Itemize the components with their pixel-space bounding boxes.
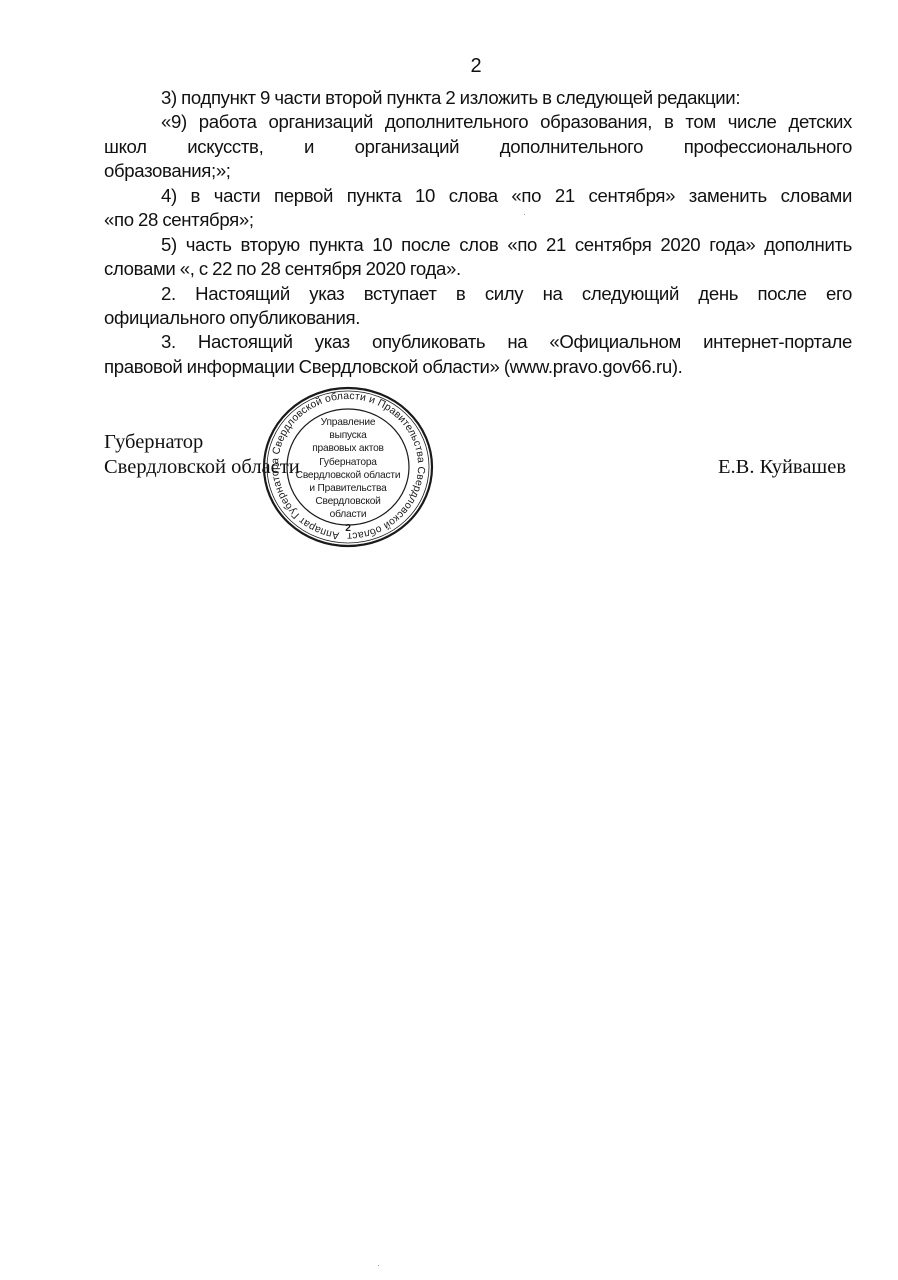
seal-line: правовых актов: [262, 442, 434, 455]
line-item-5-end: словами «, с 22 по 28 сентября 2020 года…: [104, 257, 852, 281]
document-body: 3) подпункт 9 части второй пункта 2 изло…: [104, 86, 852, 379]
signatory-name: Е.В. Куйвашев: [718, 455, 846, 480]
line-clause-3-end: правовой информации Свердловской области…: [104, 355, 852, 379]
line-item-4-end: «по 28 сентября»;: [104, 208, 852, 232]
seal-line: области: [262, 508, 434, 521]
line-quote-9-mid: школ искусств, и организаций дополнитель…: [104, 135, 852, 159]
scan-speck: [378, 1265, 379, 1266]
line-item-4-start: 4) в части первой пункта 10 слова «по 21…: [104, 184, 852, 208]
seal-center-text: Управление выпуска правовых актов Губерн…: [262, 416, 434, 535]
line-item-5-start: 5) часть вторую пункта 10 после слов «по…: [104, 233, 852, 257]
line-clause-2-start: 2. Настоящий указ вступает в силу на сле…: [104, 282, 852, 306]
line-item-3-heading: 3) подпункт 9 части второй пункта 2 изло…: [104, 86, 852, 110]
scan-speck: [524, 214, 525, 215]
line-quote-9-end: образования;»;: [104, 159, 852, 183]
line-quote-9-start: «9) работа организаций дополнительного о…: [104, 110, 852, 134]
line-clause-2-end: официального опубликования.: [104, 306, 852, 330]
seal-line: и Правительства: [262, 482, 434, 495]
seal-number: 2: [262, 522, 434, 535]
page-number: 2: [0, 54, 898, 78]
official-seal-stamp: Аппарат Губернатора Свердловской области…: [262, 386, 434, 548]
seal-line: Свердловской области: [262, 469, 434, 482]
seal-line: Управление: [262, 416, 434, 429]
seal-line: Губернатора: [262, 456, 434, 469]
seal-line: выпуска: [262, 429, 434, 442]
seal-line: Свердловской: [262, 495, 434, 508]
line-clause-3-start: 3. Настоящий указ опубликовать на «Офици…: [104, 330, 852, 354]
